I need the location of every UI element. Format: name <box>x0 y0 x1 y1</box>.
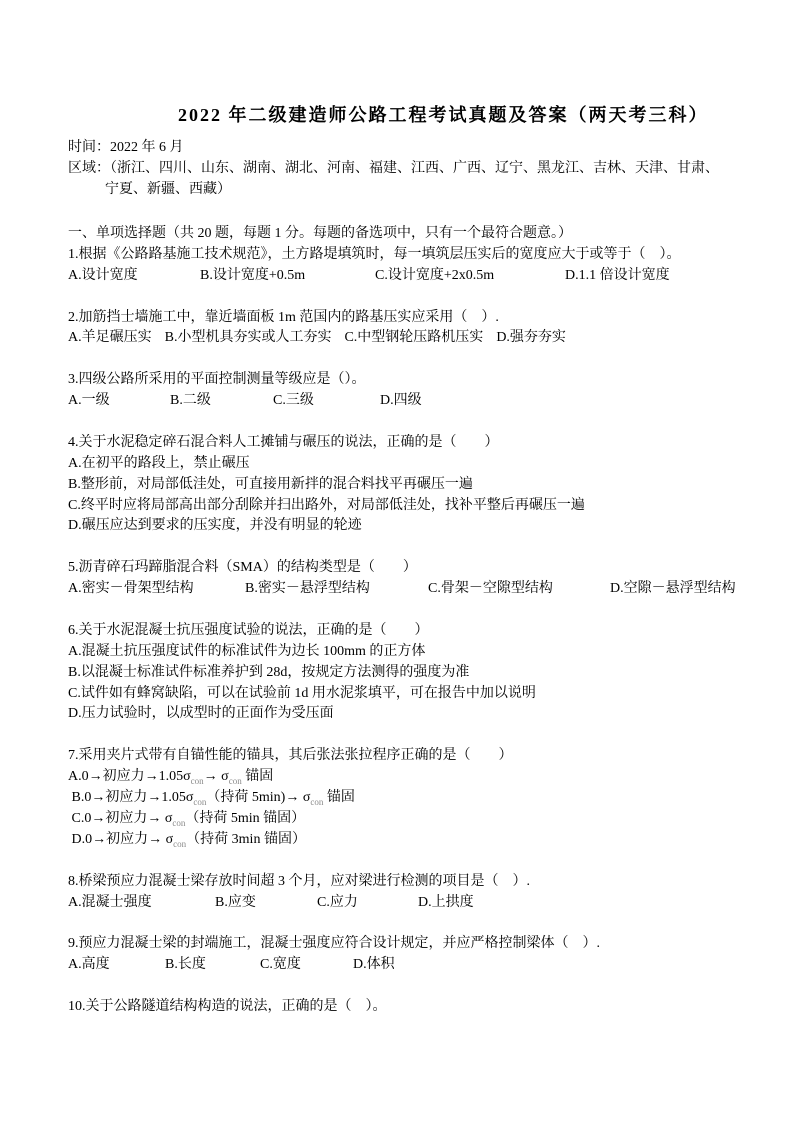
option-text: 锚固 <box>323 790 355 805</box>
question-6-option-c: C.试件如有蜂窝缺陷，可以在试验前 1d 用水泥浆填平，可在报告中加以说明 <box>68 684 733 705</box>
question-3: 3.四级公路所采用的平面控制测量等级应是（）。 A.一级 B.二级 C.三级 D… <box>68 370 733 412</box>
question-3-stem: 3.四级公路所采用的平面控制测量等级应是（）。 <box>68 370 733 391</box>
question-8-option-b: B.应变 <box>215 893 317 914</box>
question-7-option-d: D.0→初应力→ σcon（持荷 3min 锚固） <box>68 830 733 851</box>
question-7-stem: 7.采用夹片式带有自锚性能的锚具，其后张法张拉程序正确的是（ ） <box>68 746 733 767</box>
meta-time: 时间：2022 年 6 月 <box>68 137 719 158</box>
question-3-options: A.一级 B.二级 C.三级 D.四级 <box>68 391 733 412</box>
option-text: C.0→初应力→ σ <box>68 811 172 826</box>
sigma-subscript: con <box>191 776 204 786</box>
question-7-option-c: C.0→初应力→ σcon（持荷 5min 锚固） <box>68 809 733 830</box>
question-3-option-c: C.三级 <box>273 391 380 412</box>
question-8-stem: 8.桥梁预应力混凝士梁存放时间超 3 个月，应对梁进行检测的项目是（ ）. <box>68 872 733 893</box>
question-2: 2.加筋挡士墙施工中，靠近墙面板 1m 范国内的路基压实应采用（ ）. A.羊足… <box>68 308 733 350</box>
question-2-option-b: B.小型机具夯实或人工夯实 <box>165 328 332 349</box>
question-6-option-d: D.压力试验时，以成型时的正面作为受压面 <box>68 704 733 725</box>
option-text: A.0→初应力→1.05σ <box>68 769 191 784</box>
question-8-option-a: A.混凝士强度 <box>68 893 215 914</box>
option-text: （持荷 5min 锚固） <box>185 811 305 826</box>
question-5-stem: 5.沥青碎石玛蹄脂混合料（SMA）的结构类型是（ ） <box>68 558 733 579</box>
question-8-option-d: D.上拱度 <box>418 893 474 914</box>
question-3-option-d: D.四级 <box>380 391 422 412</box>
question-1-option-c: C.设计宽度+2x0.5m <box>375 266 565 287</box>
question-8-options: A.混凝士强度 B.应变 C.应力 D.上拱度 <box>68 893 733 914</box>
exam-meta: 时间：2022 年 6 月 区域：（浙江、四川、山东、湖南、湖北、河南、福建、江… <box>68 137 719 200</box>
question-5-option-c: C.骨架－空隙型结构 <box>428 579 610 600</box>
question-8: 8.桥梁预应力混凝士梁存放时间超 3 个月，应对梁进行检测的项目是（ ）. A.… <box>68 872 733 914</box>
question-4-option-d: D.碾压应达到要求的压实度，并没有明显的轮迹 <box>68 516 733 537</box>
meta-region-line1: 区域：（浙江、四川、山东、湖南、湖北、河南、福建、江西、广西、辽宁、黑龙江、吉林… <box>68 158 719 179</box>
question-4-option-b: B.整形前，对局部低洼处，可直接用新拌的混合料找平再碾压一遍 <box>68 475 733 496</box>
option-text: （持荷 3min 锚固） <box>186 832 306 847</box>
question-9-stem: 9.预应力混凝士梁的封端施工，混凝士强度应符合设计规定，并应严格控制梁体（ ）. <box>68 934 733 955</box>
question-2-options: A.羊足碾压实 B.小型机具夯实或人工夯实 C.中型钢轮压路机压实 D.强夯夯实 <box>68 328 733 349</box>
question-9-option-c: C.宽度 <box>260 955 353 976</box>
question-5-options: A.密实－骨架型结构 B.密实－悬浮型结构 C.骨架－空隙型结构 D.空隙－悬浮… <box>68 579 733 600</box>
question-6-option-b: B.以混凝士标准试件标准养护到 28d，按规定方法测得的强度为准 <box>68 663 733 684</box>
question-9-option-a: A.高度 <box>68 955 165 976</box>
question-10-stem: 10.关于公路隧道结构构造的说法，正确的是（ ）。 <box>68 997 733 1018</box>
meta-region-line2: 宁夏、新疆、西藏） <box>68 179 719 200</box>
option-text: D.0→初应力→ σ <box>68 832 173 847</box>
question-10: 10.关于公路隧道结构构造的说法，正确的是（ ）。 <box>68 997 733 1018</box>
question-1: 1.根据《公路路基施工技术规范》，土方路堤填筑时，每一填筑层压实后的宽度应大于或… <box>68 245 733 287</box>
question-5: 5.沥青碎石玛蹄脂混合料（SMA）的结构类型是（ ） A.密实－骨架型结构 B.… <box>68 558 733 600</box>
option-text: → σ <box>204 769 229 784</box>
sigma-subscript: con <box>229 776 242 786</box>
question-7-option-a: A.0→初应力→1.05σcon→ σcon 锚固 <box>68 767 733 788</box>
question-2-option-c: C.中型钢轮压路机压实 <box>344 328 483 349</box>
question-1-option-d: D.1.1 倍设计宽度 <box>565 266 670 287</box>
question-8-option-c: C.应力 <box>317 893 418 914</box>
question-1-option-b: B.设计宽度+0.5m <box>200 266 375 287</box>
question-5-option-b: B.密实－悬浮型结构 <box>245 579 428 600</box>
sigma-subscript: con <box>193 797 206 807</box>
question-4: 4.关于水泥稳定碎石混合料人工摊铺与碾压的说法，正确的是（ ） A.在初平的路段… <box>68 433 733 537</box>
question-3-option-a: A.一级 <box>68 391 170 412</box>
question-2-option-d: D.强夯夯实 <box>496 328 566 349</box>
question-6-option-a: A.混凝土抗压强度试件的标准试件为边长 100mm 的正方体 <box>68 642 733 663</box>
option-text: （持荷 5min)→ σ <box>206 790 310 805</box>
question-9: 9.预应力混凝士梁的封端施工，混凝士强度应符合设计规定，并应严格控制梁体（ ）.… <box>68 934 733 976</box>
question-4-option-c: C.终平时应将局部高出部分刮除并扫出路外，对局部低洼处，找补平整后再碾压一遍 <box>68 496 733 517</box>
document-title: 2022 年二级建造师公路工程考试真题及答案（两天考三科） <box>178 101 709 127</box>
sigma-subscript: con <box>310 797 323 807</box>
question-3-option-b: B.二级 <box>170 391 273 412</box>
question-7: 7.采用夹片式带有自锚性能的锚具，其后张法张拉程序正确的是（ ） A.0→初应力… <box>68 746 733 850</box>
option-text: B.0→初应力→1.05σ <box>68 790 193 805</box>
question-9-options: A.高度 B.长度 C.宽度 D.体积 <box>68 955 733 976</box>
question-9-option-b: B.长度 <box>165 955 260 976</box>
question-5-option-a: A.密实－骨架型结构 <box>68 579 245 600</box>
questions-section: 一、单项选择题（共 20 题，每题 1 分。每题的备选项中，只有一个最符合题意。… <box>68 224 733 1039</box>
sigma-subscript: con <box>173 839 186 849</box>
question-1-option-a: A.设计宽度 <box>68 266 200 287</box>
option-text: 锚固 <box>242 769 274 784</box>
question-9-option-d: D.体积 <box>353 955 395 976</box>
question-4-option-a: A.在初平的路段上，禁止碾压 <box>68 454 733 475</box>
question-1-options: A.设计宽度 B.设计宽度+0.5m C.设计宽度+2x0.5m D.1.1 倍… <box>68 266 733 287</box>
section-header: 一、单项选择题（共 20 题，每题 1 分。每题的备选项中，只有一个最符合题意。… <box>68 224 733 245</box>
document-page: 2022 年二级建造师公路工程考试真题及答案（两天考三科） 时间：2022 年 … <box>0 0 794 1122</box>
sigma-subscript: con <box>172 818 185 828</box>
question-7-option-b: B.0→初应力→1.05σcon（持荷 5min)→ σcon 锚固 <box>68 788 733 809</box>
question-5-option-d: D.空隙－悬浮型结构 <box>610 579 736 600</box>
question-2-stem: 2.加筋挡士墙施工中，靠近墙面板 1m 范国内的路基压实应采用（ ）. <box>68 308 733 329</box>
question-6-stem: 6.关于水泥混凝士抗压强度试验的说法，正确的是（ ） <box>68 621 733 642</box>
question-4-stem: 4.关于水泥稳定碎石混合料人工摊铺与碾压的说法，正确的是（ ） <box>68 433 733 454</box>
question-2-option-a: A.羊足碾压实 <box>68 328 152 349</box>
question-1-stem: 1.根据《公路路基施工技术规范》，土方路堤填筑时，每一填筑层压实后的宽度应大于或… <box>68 245 733 266</box>
question-6: 6.关于水泥混凝士抗压强度试验的说法，正确的是（ ） A.混凝土抗压强度试件的标… <box>68 621 733 725</box>
